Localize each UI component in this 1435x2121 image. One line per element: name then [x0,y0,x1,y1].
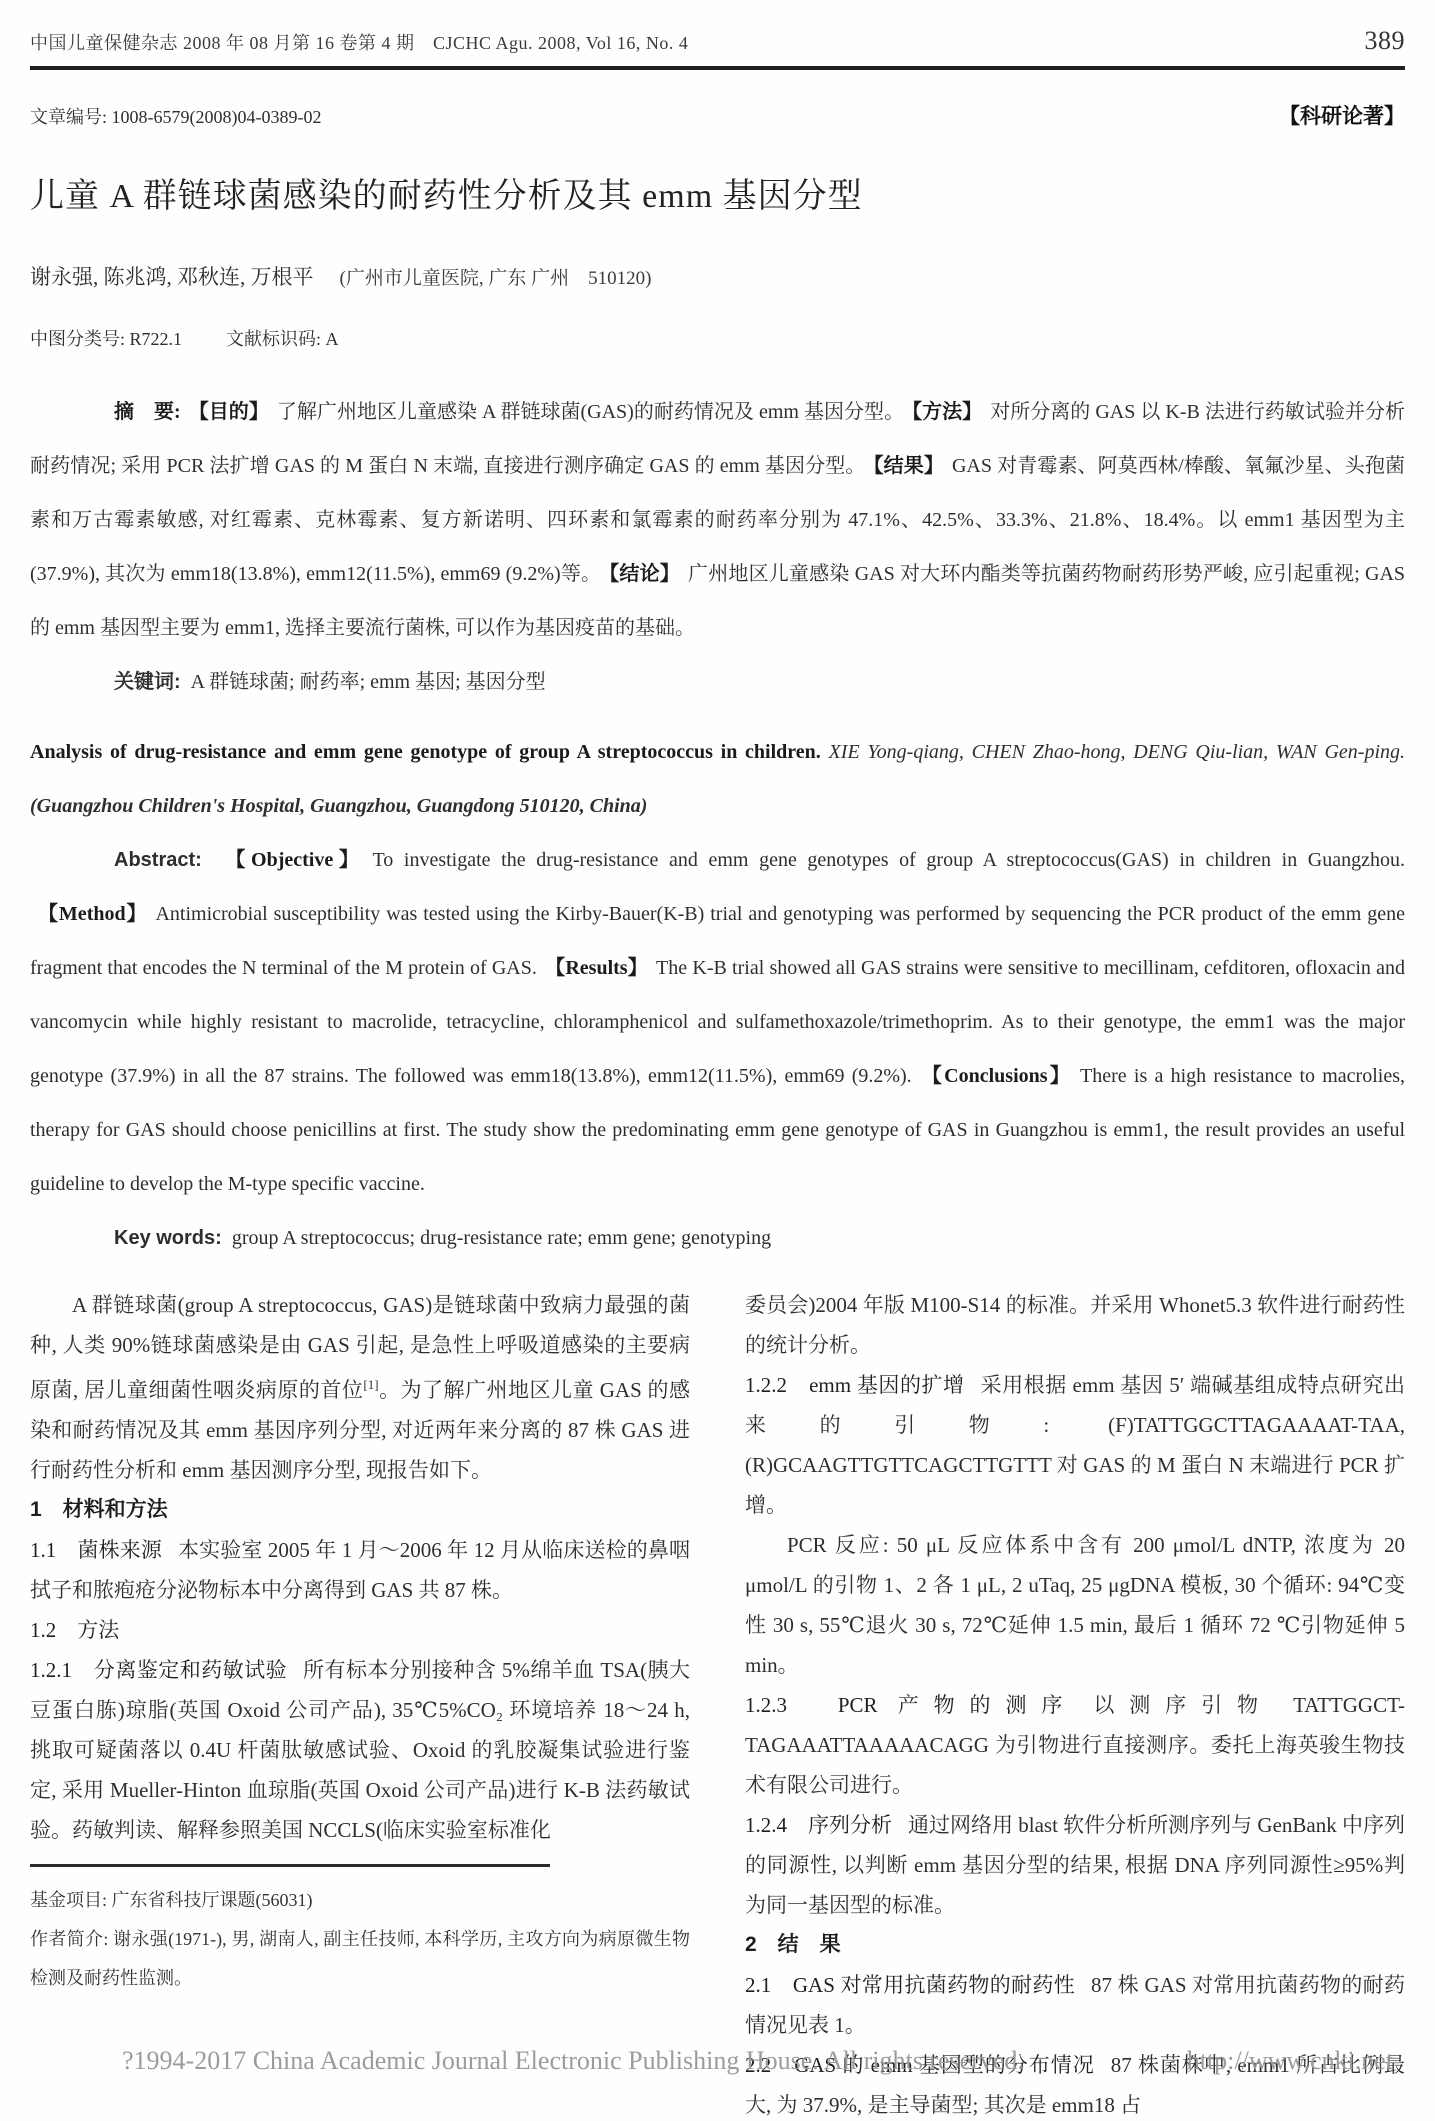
section-1-2-3-label: 1.2.3 PCR 产物的测序 [745,1693,1077,1717]
section-1-2-2: 1.2.2 emm 基因的扩增采用根据 emm 基因 5′ 端碱基组成特点研究出… [745,1365,1405,1525]
section-1-2-4: 1.2.4 序列分析通过网络用 blast 软件分析所测序列与 GenBank … [745,1805,1405,1925]
body-columns: A 群链球菌(group A streptococcus, GAS)是链球菌中致… [30,1285,1405,2121]
keywords-cn-text: A 群链球菌; 耐药率; emm 基因; 基因分型 [191,671,546,693]
results-tag-cn: 【结果】 [874,455,944,477]
conclusion-tag-cn: 【结论】 [609,563,680,585]
section-2-heading: 2 结 果 [745,1925,1405,1965]
results-tag-en: 【Results】 [545,957,648,979]
authors-en: XIE Yong-qiang, CHEN Zhao-hong, DENG Qiu… [829,741,1405,763]
header-divider [30,66,1405,70]
footnote-divider [30,1864,550,1867]
section-1-1: 1.1 菌株来源本实验室 2005 年 1 月～2006 年 12 月从临床送检… [30,1530,690,1610]
objective-tag-cn: 【目的】 [189,401,269,423]
section-1-2-1: 1.2.1 分离鉴定和药敏试验所有标本分别接种含 5%绵羊血 TSA(胰大豆蛋白… [30,1650,690,1850]
pcr-paragraph: PCR 反应: 50 μL 反应体系中含有 200 μmol/L dNTP, 浓… [745,1525,1405,1685]
objective-tag-en: 【Objective】 [220,849,365,871]
authors: 谢永强, 陈兆鸿, 邓秋连, 万根平 [30,265,314,289]
method-tag-en: 【Method】 [38,903,147,925]
objective-text-en: To investigate the drug-resistance and e… [372,849,1405,871]
section-1-2-label: 1.2 方法 [30,1618,119,1642]
abstract-cn-paragraph: 摘 要:【目的】了解广州地区儿童感染 A 群链球菌(GAS)的耐药情况及 emm… [30,385,1405,655]
footnotes: 基金项目: 广东省科技厅课题(56031) 作者简介: 谢永强(1971-), … [30,1881,690,1998]
section-1-2-2-label: 1.2.2 emm 基因的扩增 [745,1373,965,1397]
section-1-2: 1.2 方法 [30,1610,690,1650]
keywords-cn-row: 关键词:A 群链球菌; 耐药率; emm 基因; 基因分型 [30,655,1405,709]
affiliation-en: (Guangzhou Children's Hospital, Guangzho… [30,795,647,817]
byline: 谢永强, 陈兆鸿, 邓秋连, 万根平(广州市儿童医院, 广东 广州 510120… [30,261,1405,291]
chinese-abstract: 摘 要:【目的】了解广州地区儿童感染 A 群链球菌(GAS)的耐药情况及 emm… [30,385,1405,709]
conclusions-tag-en: 【Conclusions】 [920,1065,1072,1087]
section-2-1: 2.1 GAS 对常用抗菌药物的耐药性87 株 GAS 对常用抗菌药物的耐药情况… [745,1965,1405,2045]
continuation-paragraph: 委员会)2004 年版 M100-S14 的标准。并采用 Whonet5.3 软… [745,1285,1405,1365]
journal-citation: 中国儿童保健杂志 2008 年 08 月第 16 卷第 4 期 CJCHC Ag… [30,29,688,55]
intro-paragraph: A 群链球菌(group A streptococcus, GAS)是链球菌中致… [30,1285,690,1490]
keywords-cn-label: 关键词: [114,671,181,693]
page-header: 中国儿童保健杂志 2008 年 08 月第 16 卷第 4 期 CJCHC Ag… [30,26,1405,56]
clc-number: 中图分类号: R722.1 [30,329,182,349]
article-id: 文章编号: 1008-6579(2008)04-0389-02 [30,103,321,129]
author-bio-note: 作者简介: 谢永强(1971-), 男, 湖南人, 副主任技师, 本科学历, 主… [30,1920,690,1998]
right-column: 委员会)2004 年版 M100-S14 的标准。并采用 Whonet5.3 软… [745,1285,1405,2121]
article-meta-row: 文章编号: 1008-6579(2008)04-0389-02 【科研论著】 [30,100,1405,130]
section-2-1-label: 2.1 GAS 对常用抗菌药物的耐药性 [745,1973,1075,1997]
title-en: Analysis of drug-resistance and emm gene… [30,741,821,763]
abstract-en-label: Abstract: [114,849,202,871]
section-1-2-4-label: 1.2.4 序列分析 [745,1813,892,1837]
section-2-2-label: 2.2 GAS 的 emm 基因型的分布情况 [745,2053,1095,2077]
section-1-2-1-text: 所有标本分别接种含 5%绵羊血 TSA(胰大豆蛋白胨)琼脂(英国 Oxoid 公… [30,1658,690,1842]
english-abstract: Analysis of drug-resistance and emm gene… [30,725,1405,1265]
affiliation: (广州市儿童医院, 广东 广州 510120) [340,268,652,289]
method-tag-cn: 【方法】 [912,401,982,423]
classification-row: 中图分类号: R722.1文献标识码: A [30,325,1405,351]
objective-text-cn: 了解广州地区儿童感染 A 群链球菌(GAS)的耐药情况及 emm 基因分型。 [277,401,904,423]
abstract-en-paragraph: Abstract:【Objective】To investigate the d… [30,833,1405,1211]
left-column: A 群链球菌(group A streptococcus, GAS)是链球菌中致… [30,1285,690,2121]
abstract-en-citation: Analysis of drug-resistance and emm gene… [30,725,1405,833]
keywords-en-row: Key words:group A streptococcus; drug-re… [30,1211,1405,1265]
footnote-block: 基金项目: 广东省科技厅课题(56031) 作者简介: 谢永强(1971-), … [30,1864,690,1998]
section-1-2-1-label: 1.2.1 分离鉴定和药敏试验 [30,1658,287,1682]
abstract-cn-label: 摘 要: [114,401,181,423]
keywords-en-text: group A streptococcus; drug-resistance r… [232,1227,771,1249]
section-2-2: 2.2 GAS 的 emm 基因型的分布情况87 株菌株中, emm1 所占比例… [745,2045,1405,2121]
section-1-heading: 1 材料和方法 [30,1490,690,1530]
section-1-1-label: 1.1 菌株来源 [30,1538,162,1562]
reference-mark: [1] [363,1377,378,1392]
fund-note: 基金项目: 广东省科技厅课题(56031) [30,1881,690,1920]
category-badge: 【科研论著】 [1279,100,1405,130]
keywords-en-label: Key words: [114,1227,222,1249]
document-code: 文献标识码: A [226,329,339,349]
page-number: 389 [1365,26,1406,56]
section-1-2-3: 1.2.3 PCR 产物的测序以测序引物 TATTGGCT-TAGAAATTAA… [745,1685,1405,1805]
article-title: 儿童 A 群链球菌感染的耐药性分析及其 emm 基因分型 [30,168,1405,217]
journal-page: 中国儿童保健杂志 2008 年 08 月第 16 卷第 4 期 CJCHC Ag… [0,0,1435,2121]
